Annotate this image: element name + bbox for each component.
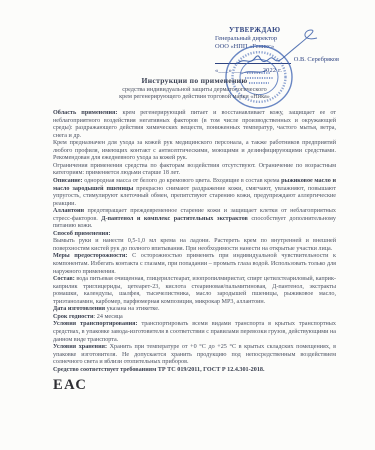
document-page: УТВЕРЖДАЮ Генеральный директор ООО «НПП … xyxy=(0,0,375,450)
paragraph: Средство соответствует требованиям ТР ТС… xyxy=(53,367,336,375)
paragraph: Условия транспортирования: транспортиров… xyxy=(53,321,336,344)
paragraph: Аллантоин предотвращает преждевременное … xyxy=(53,208,336,231)
paragraph: Вымыть руки и нанести 0,5-1,0 мл крема н… xyxy=(53,238,336,253)
paragraph: Меры предосторожности: С осторожностью п… xyxy=(53,253,336,276)
paragraph: Дата изготовления указана на этикетке. xyxy=(53,306,336,314)
paragraph: Ограничения применения средства по факто… xyxy=(53,163,336,178)
paragraph: Описание: однородная масса от белого до … xyxy=(53,178,336,208)
signature-squiggle xyxy=(231,28,327,76)
document-subtitle-line1: средства индивидуальной защиты дерматоло… xyxy=(53,86,336,94)
document-title: Инструкции по применению xyxy=(53,76,336,86)
eac-conformity-mark: ЕАС xyxy=(53,377,336,394)
body-paragraphs: Область применения: крем регенерирующий … xyxy=(53,110,336,374)
document-subtitle-line2: крем регенерирующего действия торговой м… xyxy=(53,93,336,101)
paragraph: Условия хранения: Хранить при температур… xyxy=(53,344,336,367)
document-content: Инструкции по применению средства индиви… xyxy=(53,76,336,394)
paragraph: Область применения: крем регенерирующий … xyxy=(53,110,336,140)
paragraph: Срок годности: 24 месяца xyxy=(53,314,336,322)
paragraph: Крем предназначен для ухода за кожей рук… xyxy=(53,140,336,163)
paragraph: Состав: вода питьевая очищенная, глицери… xyxy=(53,276,336,306)
